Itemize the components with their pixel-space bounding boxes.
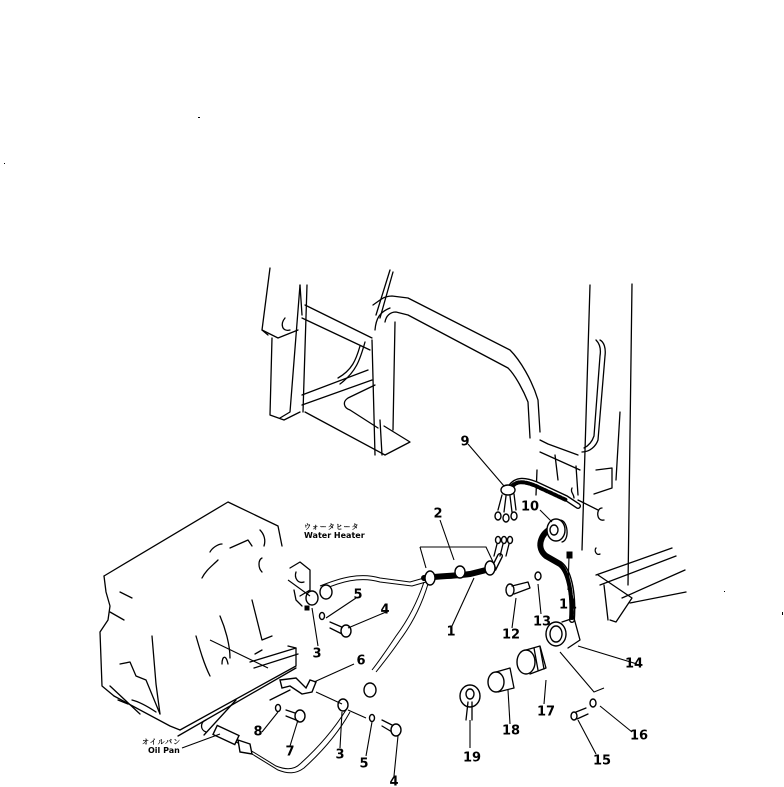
engine-block	[100, 502, 310, 736]
callout-13: 13	[533, 616, 551, 629]
scan-speck	[724, 591, 725, 592]
callout-19: 19	[463, 752, 481, 765]
callout-16: 16	[630, 730, 648, 743]
callout-7: 7	[285, 746, 294, 759]
scan-speck	[4, 163, 5, 164]
callout-3-lower: 3	[335, 749, 344, 762]
callout-2: 2	[433, 508, 442, 521]
callout-11: 11	[559, 599, 577, 612]
callout-9: 9	[460, 436, 469, 449]
water-heater-caption-en: Water Heater	[304, 531, 365, 540]
water-heater-caption-jp: ウォータヒータ	[304, 523, 365, 531]
water-heater-caption: ウォータヒータ Water Heater	[304, 523, 365, 540]
oil-pan-caption-en: Oil Pan	[142, 746, 181, 755]
oil-pan-caption: オイルパン Oil Pan	[142, 738, 181, 755]
callout-4-upper: 4	[380, 604, 389, 617]
callout-14: 14	[625, 658, 643, 671]
callout-8: 8	[253, 726, 262, 739]
oil-pan-caption-jp: オイルパン	[142, 738, 181, 746]
callout-3-upper: 3	[312, 648, 321, 661]
callout-4-lower: 4	[389, 776, 398, 787]
scan-speck	[782, 612, 783, 615]
callout-5-upper: 5	[353, 589, 362, 602]
callout-10: 10	[521, 501, 539, 514]
frame-structure	[262, 268, 686, 622]
callout-1: 1	[446, 626, 455, 639]
callout-5-lower: 5	[359, 758, 368, 771]
callout-18: 18	[502, 725, 520, 738]
callout-15: 15	[593, 755, 611, 768]
callout-17: 17	[537, 706, 555, 719]
scan-speck	[198, 117, 200, 118]
callout-12: 12	[502, 629, 520, 642]
parts-diagram	[0, 0, 784, 787]
callout-6: 6	[356, 655, 365, 668]
